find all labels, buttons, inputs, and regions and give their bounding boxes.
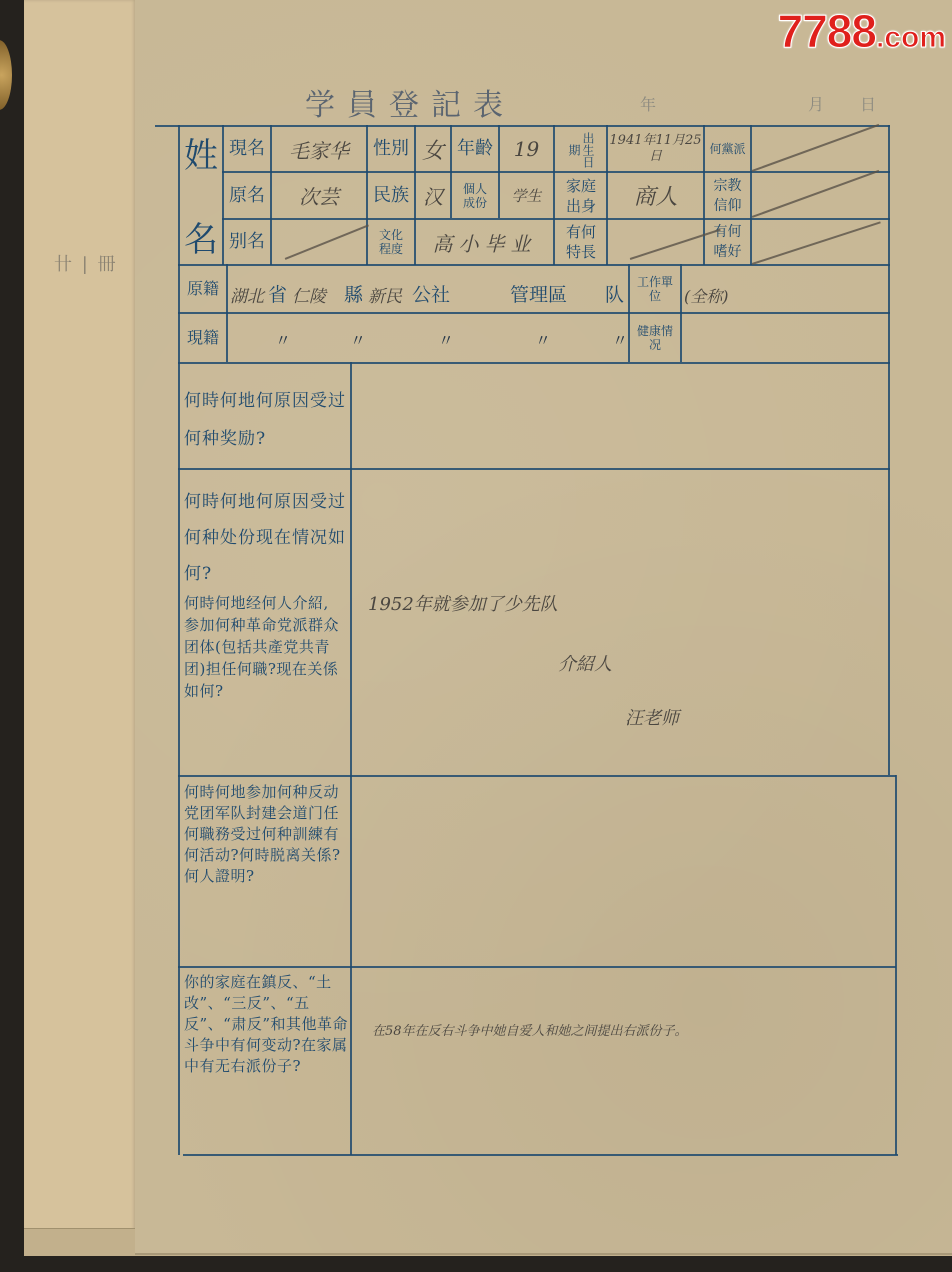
origin-district-label: 管理區 xyxy=(510,280,567,307)
ethnicity-label: 民族 xyxy=(368,173,414,218)
age-label: 年齡 xyxy=(452,127,498,171)
education-label: 文化程度 xyxy=(368,220,414,264)
specialty-label: 有何特長 xyxy=(556,220,606,264)
date-day-label: 日 xyxy=(860,92,876,115)
grid-line xyxy=(183,1154,898,1156)
origin-team-label: 队 xyxy=(605,280,624,307)
family-origin-label: 家庭出身 xyxy=(556,173,606,218)
grid-line xyxy=(178,264,890,266)
origin-province-value: 湖北 xyxy=(230,282,264,307)
religion-label: 宗教信仰 xyxy=(705,173,750,218)
name-group-label-top: 姓 xyxy=(180,127,222,177)
watermark-domain: .com xyxy=(876,21,946,54)
question-family-movements-label: 你的家庭在鎮反、“土改”、“三反”、“五反”、“肃反”和其他革命斗争中有何变动?… xyxy=(184,972,349,1077)
hobbies-label: 有何嗜好 xyxy=(705,220,750,264)
grid-line xyxy=(888,125,890,775)
watermark-number: 7788 xyxy=(778,5,876,57)
origin-county-value: 仁陵 xyxy=(292,282,326,307)
current-name-label: 現名 xyxy=(224,127,270,171)
birth-date-label: 出生日期 xyxy=(556,130,606,170)
grid-line xyxy=(226,264,228,362)
party-answer-line-1: 1952年就参加了少先队 xyxy=(368,590,558,616)
question-punishments-label: 何時何地何原因受过何种处份现在情况如何? xyxy=(184,484,349,592)
birth-date-value: 1941年11月25日 xyxy=(608,127,703,171)
education-value: 高小毕业 xyxy=(416,220,553,264)
origin-county-label: 縣 xyxy=(344,280,363,307)
party-answer-line-3: 汪老师 xyxy=(625,704,679,730)
question-rewards-answer-area[interactable] xyxy=(352,364,888,468)
ditto-mark: 〃 xyxy=(350,328,366,351)
origin-province-label: 省 xyxy=(268,280,287,307)
question-reactionary-history-label: 何時何地参加何种反动党团军队封建会道门任何職務受过何种訓練有何活动?何時脱离关係… xyxy=(184,782,349,887)
personal-status-value: 学生 xyxy=(500,173,553,218)
origin-commune-value: 新民 xyxy=(368,282,402,307)
date-month-label: 月 xyxy=(808,92,824,115)
question-party-answer-area[interactable] xyxy=(352,470,888,775)
current-name-value: 毛家华 xyxy=(272,127,366,171)
question-rewards-label: 何時何地何原因受过何种奖励? xyxy=(184,382,349,458)
name-group-label-bottom: 名 xyxy=(180,210,222,262)
ethnicity-value: 汉 xyxy=(416,173,450,218)
health-label: 健康情况 xyxy=(630,314,680,362)
ditto-mark: 〃 xyxy=(535,328,551,351)
grid-line xyxy=(553,125,555,265)
work-unit-label: 工作單位 xyxy=(630,266,680,312)
party-label: 何黨派 xyxy=(705,127,750,171)
gender-value: 女 xyxy=(416,127,450,171)
personal-status-label: 個人成份 xyxy=(452,173,498,218)
ditto-mark: 〃 xyxy=(275,328,291,351)
original-name-label: 原名 xyxy=(224,173,270,218)
gender-label: 性別 xyxy=(368,127,414,171)
party-answer-line-2: 介紹人 xyxy=(558,650,612,676)
date-year-label: 年 xyxy=(640,92,656,115)
specialty-value xyxy=(608,220,703,264)
ditto-mark: 〃 xyxy=(612,328,628,351)
back-sheet-note: 卄 | 冊 xyxy=(54,250,118,276)
grid-line xyxy=(895,775,897,1155)
current-address-label: 現籍 xyxy=(180,314,226,362)
form-title: 学員登記表 xyxy=(305,80,515,124)
alias-label: 别名 xyxy=(224,220,270,264)
origin-commune-label: 公社 xyxy=(412,280,450,307)
ditto-mark: 〃 xyxy=(438,328,454,351)
original-name-value: 次芸 xyxy=(272,173,366,218)
health-value xyxy=(682,314,888,362)
watermark-logo: 7788.com xyxy=(778,4,946,58)
family-answer-line-1: 在58年在反右斗争中她自爱人和她之间提出右派份子。 xyxy=(372,1020,688,1039)
grid-line xyxy=(750,125,752,265)
question-reactionary-answer-area[interactable] xyxy=(352,777,894,966)
origin-label: 原籍 xyxy=(180,266,226,312)
back-sheet: 卄 | 冊 xyxy=(24,0,136,1240)
family-origin-value: 商人 xyxy=(608,173,703,218)
age-value: 19 xyxy=(500,127,553,171)
work-unit-hint: (全称) xyxy=(684,284,729,307)
question-family-answer-area[interactable] xyxy=(352,968,894,1154)
question-party-membership-label: 何時何地经何人介紹, 参加何种革命党派群众团体(包括共產党共青团)担任何職?现在… xyxy=(184,592,349,702)
